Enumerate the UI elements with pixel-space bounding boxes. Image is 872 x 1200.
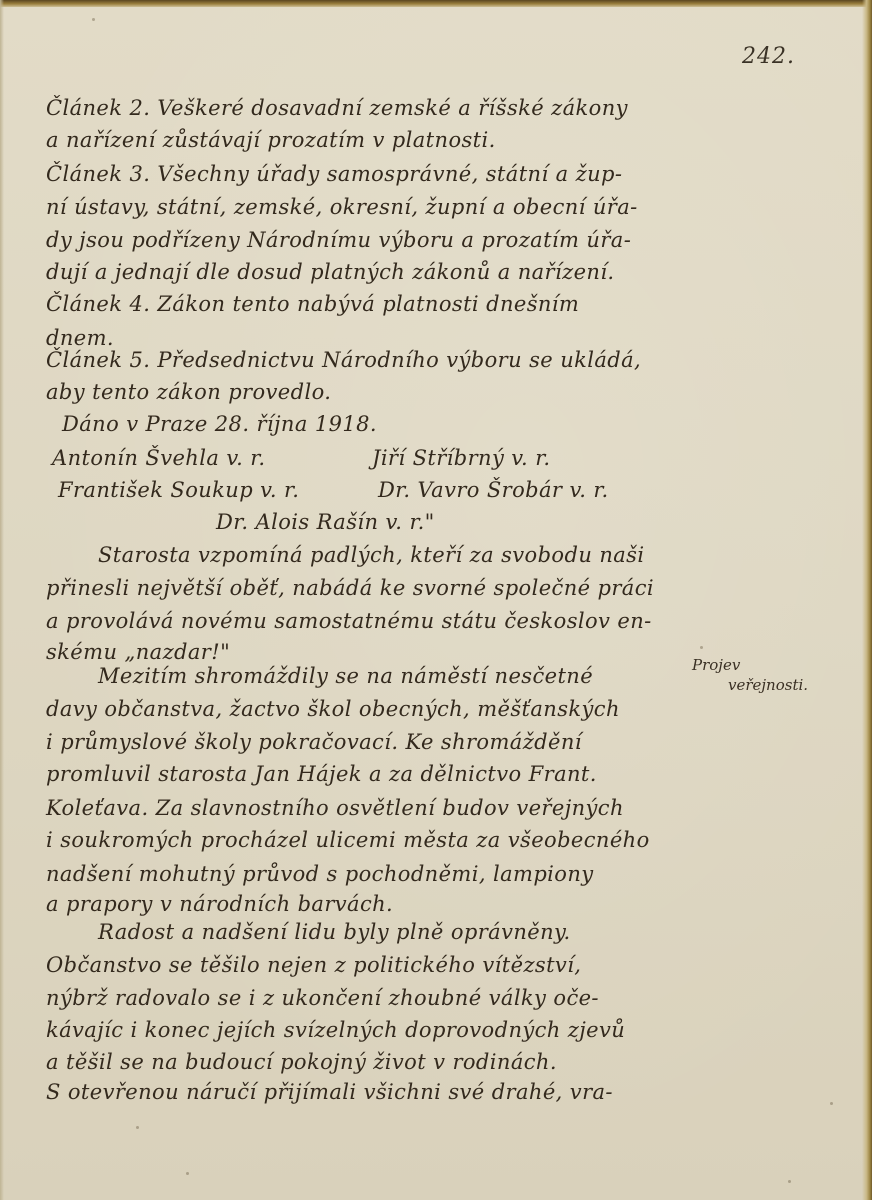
text-line: S otevřenou náručí přijímali všichni své… [46,1080,613,1104]
paper-speck [186,1172,189,1175]
margin-note-line1: Projev [692,656,740,674]
text-line: dují a jednají dle dosud platných zákonů… [46,260,615,284]
text-line: i soukromých procházel ulicemi města za … [46,828,650,852]
paper-speck [92,18,95,21]
text-line: kávajíc i konec jejích svízelných doprov… [46,1018,625,1042]
signature: Jiří Stříbrný v. r. [372,446,550,470]
text-line: a nařízení zůstávají prozatím v platnost… [46,128,496,152]
text-line: Mezitím shromáždily se na náměstí nesčet… [98,664,593,688]
text-line: nýbrž radovalo se i z ukončení zhoubné v… [46,986,599,1010]
paper-speck [788,1180,791,1183]
text-line: Článek 3. Všechny úřady samosprávné, stá… [46,162,622,186]
date-line: Dáno v Praze 28. října 1918. [62,412,377,436]
text-line: davy občanstva, žactvo škol obecných, mě… [46,697,620,721]
text-line: dy jsou podřízeny Národnímu výboru a pro… [46,228,631,252]
text-line: a prapory v národních barvách. [46,892,393,916]
paper-speck [136,1126,139,1129]
text-line: Radost a nadšení lidu byly plně oprávněn… [98,920,571,944]
page-binding-edge [862,0,872,1200]
text-line: Starosta vzpomíná padlých, kteří za svob… [98,543,644,567]
text-line: a provolává novému samostatnému státu če… [46,609,652,633]
margin-note-line2: veřejnosti. [728,676,808,694]
text-line: aby tento zákon provedlo. [46,380,331,404]
page-number: 242. [742,44,795,69]
text-line: Článek 2. Veškeré dosavadní zemské a říš… [46,96,628,120]
text-line: přinesli největší oběť, nabádá ke svorné… [46,576,654,600]
text-line: skému „nazdar!" [46,640,230,664]
page-top-edge [0,0,872,7]
text-line: Občanstvo se těšilo nejen z politického … [46,953,581,977]
text-line: dnem. [46,326,114,350]
text-line: promluvil starosta Jan Hájek a za dělnic… [46,762,597,786]
text-line: Článek 4. Zákon tento nabývá platnosti d… [46,292,579,316]
signature: František Soukup v. r. [58,478,299,502]
text-line: ní ústavy, státní, zemské, okresní, župn… [46,195,638,219]
text-line: Koleťava. Za slavnostního osvětlení budo… [46,796,624,820]
text-line: Článek 5. Předsednictvu Národního výboru… [46,348,641,372]
signature: Dr. Alois Rašín v. r." [216,510,435,534]
signature: Dr. Vavro Šrobár v. r. [378,478,609,502]
text-line: nadšení mohutný průvod s pochodněmi, lam… [46,862,594,886]
page-left-edge [0,0,4,1200]
signature: Antonín Švehla v. r. [52,446,265,470]
text-line: a těšil se na budoucí pokojný život v ro… [46,1050,557,1074]
text-line: i průmyslové školy pokračovací. Ke shrom… [46,730,582,754]
paper-speck [700,646,703,649]
paper-speck [830,1102,833,1105]
manuscript-page: 242. Článek 2. Veškeré dosavadní zemské … [0,0,872,1200]
